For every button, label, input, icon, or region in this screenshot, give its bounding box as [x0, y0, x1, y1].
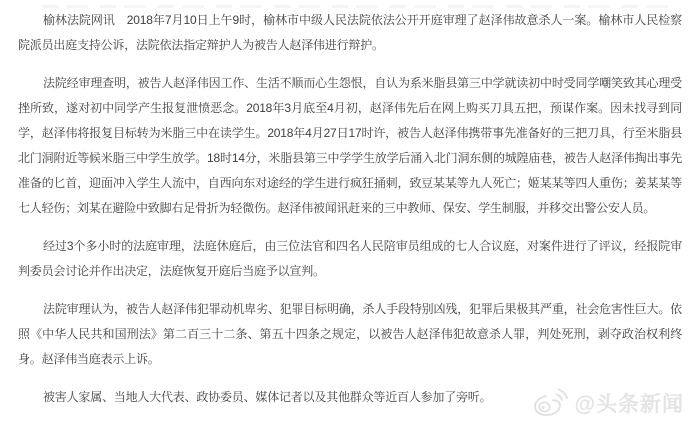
weibo-logo-icon	[532, 386, 570, 420]
article-paragraph-facts: 法院经审理查明，被告人赵泽伟因工作、生活不顺而心生怨恨，自认为系米脂县第三中学就…	[18, 71, 682, 221]
article-paragraph-trial: 经过3个多小时的法庭审理，法庭休庭后，由三位法官和四名人民陪审员组成的七人合议庭…	[18, 234, 682, 284]
news-article: 榆林法院网讯 2018年7月10日上午9时，榆林市中级人民法院依法公开开庭审理了…	[18, 8, 682, 423]
watermark-handle: @头条新闻	[575, 388, 684, 418]
weibo-watermark: @头条新闻	[532, 386, 684, 420]
article-paragraph-lead: 榆林法院网讯 2018年7月10日上午9时，榆林市中级人民法院依法公开开庭审理了…	[18, 8, 682, 58]
article-paragraph-verdict: 法院审理认为，被告人赵泽伟犯罪动机卑劣、犯罪目标明确，杀人手段特别凶残，犯罪后果…	[18, 297, 682, 372]
